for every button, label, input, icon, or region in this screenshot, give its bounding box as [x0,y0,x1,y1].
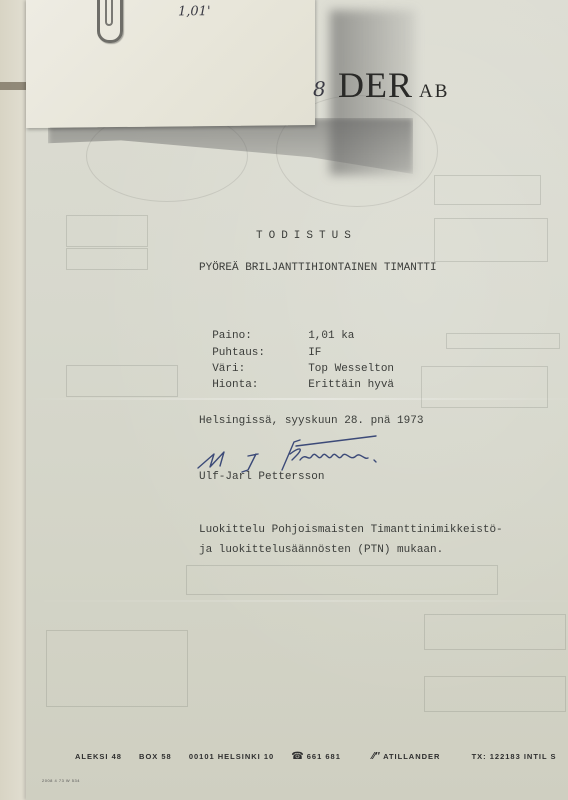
telegram-arrow-icon: ⁄⁄″ [372,751,380,762]
sticky-note[interactable]: 1,01' 8 [26,0,315,128]
classification-line: Luokittelu Pohjoismaisten Timanttinimikk… [199,520,503,540]
footer-telex: TX: 122183 INTIL S [472,752,557,761]
footer-street: ALEKSI 48 [75,752,122,761]
field-label: Hionta: [212,379,308,391]
telephone-icon: ☎ [291,751,303,762]
footer-box: BOX 58 [139,752,172,761]
ghost-box [424,676,566,712]
classification-note: Luokittelu Pohjoismaisten Timanttinimikk… [199,520,503,560]
letterhead-footer: ALEKSI 48 BOX 58 00101 HELSINKI 10 ☎661 … [75,751,568,762]
print-code: 2008 4 73 W 534 [42,778,80,783]
ghost-box [66,215,148,247]
handwritten-weight: 1,01' [178,4,211,19]
footer-telegram: ATILLANDER [383,752,440,761]
ghost-box [434,218,548,262]
ghost-box [186,565,498,595]
ghost-box [66,365,178,397]
place-and-date: Helsingissä, syyskuun 28. pnä 1973 [199,415,423,427]
signature-icon [196,434,386,474]
ghost-box [446,333,560,349]
footer-telegram-group: ⁄⁄″ATILLANDER [372,752,455,761]
footer-city: 00101 HELSINKI 10 [189,752,274,761]
ghost-box [46,630,188,707]
certificate-title: TODISTUS [256,230,357,242]
certificate-subtitle: PYÖREÄ BRILJANTTIHIONTAINEN TIMANTTI [199,262,437,274]
classification-line: ja luokittelusäännösten (PTN) mukaan. [199,540,503,560]
brand-suffix: AB [419,81,449,102]
ghost-box [66,248,148,270]
underlying-paper-edge [0,82,28,90]
paperclip-icon [97,0,123,43]
field-value: Erittäin hyvä [308,379,394,391]
field-row-cut: Hionta:Erittäin hyvä [199,367,394,391]
handwritten-number: 8 [313,77,326,101]
ghost-box [421,366,548,408]
ghost-box [424,614,566,650]
paper-fold-lower [26,600,568,602]
footer-phone: 661 681 [307,752,341,761]
letterhead-brand: DERAB [338,64,449,106]
signer-name: Ulf-Jarl Pettersson [199,471,324,483]
footer-phone-group: ☎661 681 [291,752,355,761]
brand-name: DER [338,65,413,105]
ghost-box [434,175,541,205]
